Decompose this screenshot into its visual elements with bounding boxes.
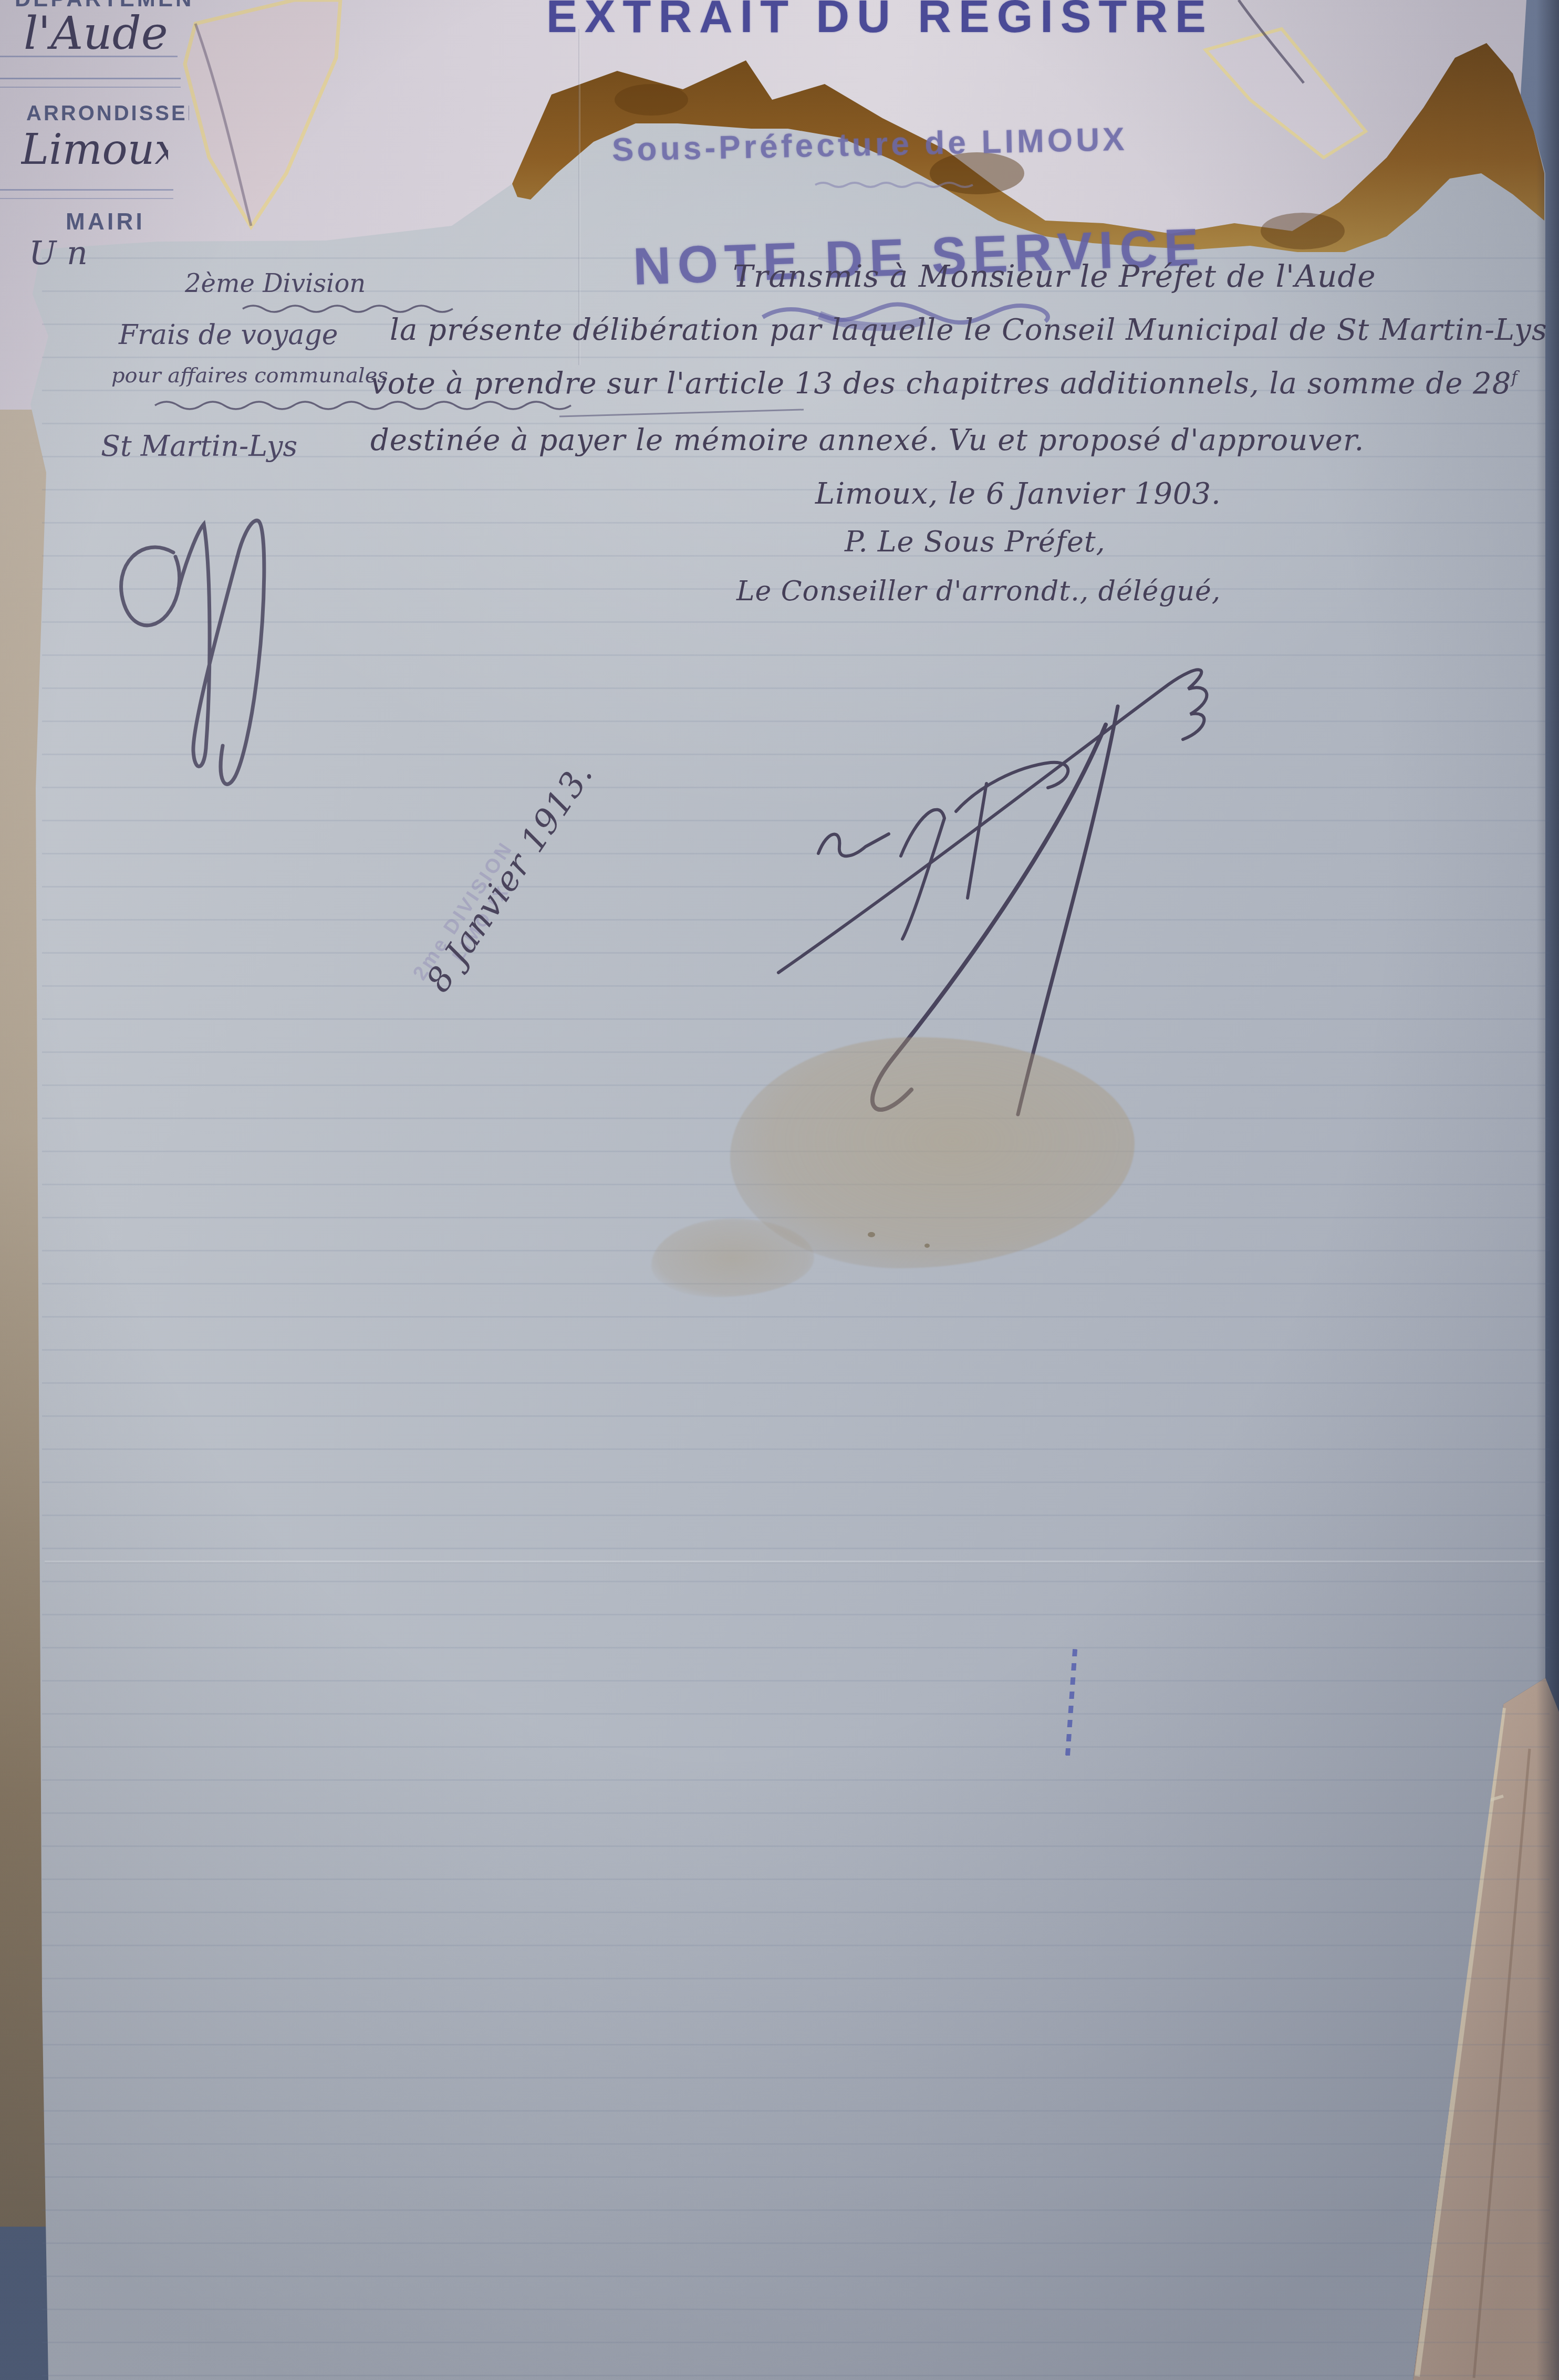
photograph-of-archival-document: EXTRAIT DU REGISTRE DÉPARTEMENT l'Aude A… xyxy=(0,0,1559,2380)
stain-speck xyxy=(868,1232,875,1237)
vertical-fold-crease xyxy=(578,29,580,365)
horizontal-fold-crease xyxy=(45,1561,1544,1563)
stain-speck xyxy=(924,1244,930,1248)
page-edge-shadow xyxy=(1536,0,1559,2380)
